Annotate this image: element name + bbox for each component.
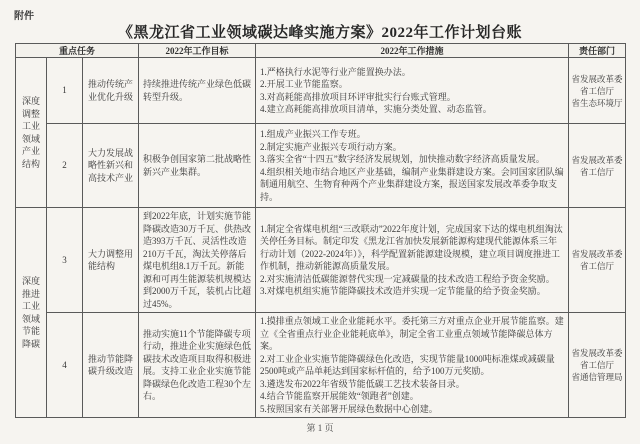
table-row: 4 推动节能降碳升级改造 推动实施11个节能降碳专项行动，推进企业实施绿色低碳技… (16, 313, 626, 418)
task-group-label: 深度推进工业领域节能降碳 (16, 208, 47, 418)
measures-cell: 1.摸排重点领域工业企业能耗水平。委托第三方对重点企业开展节能监察。建立《全省重… (256, 313, 569, 418)
header-key-tasks: 重点任务 (16, 44, 139, 58)
measure-item: 2.开展工业节能监察。 (260, 78, 564, 91)
measure-item: 2.对实施清洁低碳能源替代实现一定减碳量的技术改造工程给予资金奖励。 (260, 273, 564, 286)
department-item: 省工信厅 (570, 166, 624, 178)
measure-item: 1.摸排重点领域工业企业能耗水平。委托第三方对重点企业开展节能监察。建立《全省重… (260, 315, 564, 353)
work-plan-table: 重点任务 2022年工作目标 2022年工作措施 责任部门 深度调整工业领域产业… (15, 43, 626, 418)
measure-item: 2.制定实施产业振兴专项行动方案。 (260, 141, 564, 154)
table-row: 深度推进工业领域节能降碳 3 大力调整用能结构 到2022年底，计划实施节能降碳… (16, 208, 626, 313)
attachment-label: 附件 (14, 7, 34, 22)
header-measures: 2022年工作措施 (256, 44, 569, 58)
goal-cell: 推动实施11个节能降碳专项行动，推进企业实施绿色低碳技术改造项目取得积极进展。支… (139, 313, 256, 418)
department-item: 省发展改革委 (570, 248, 624, 260)
table-row: 2 大力发展战略性新兴和高技术产业 积极争创国家第二批战略性新兴产业集群。 1.… (16, 124, 626, 208)
department-item: 省发展改革委 (570, 347, 624, 359)
measures-cell: 1.制定全省煤电机组“三改联动”2022年度计划，完成国家下达的煤电机组淘汰关停… (256, 208, 569, 313)
goal-cell: 到2022年底，计划实施节能降碳改造30万千瓦、供热改造393万千瓦、灵活性改造… (139, 208, 256, 313)
department-item: 省工信厅 (570, 85, 624, 97)
row-number: 3 (47, 208, 83, 313)
department-item: 省发展改革委 (570, 154, 624, 166)
row-number: 1 (47, 58, 83, 124)
department-item: 省工信厅 (570, 359, 624, 371)
row-number: 2 (47, 124, 83, 208)
measure-item: 1.严格执行水泥等行业产能置换办法。 (260, 66, 564, 79)
document-page: 附件 《黑龙江省工业领域碳达峰实施方案》2022年工作计划台账 重点任务 202… (0, 0, 640, 444)
table-row: 深度调整工业领域产业结构 1 推动传统产业优化升级 持续推进传统产业绿色低碳转型… (16, 58, 626, 124)
page-number: 第 1 页 (0, 421, 640, 434)
task-name: 推动传统产业优化升级 (83, 58, 139, 124)
measure-item: 4.结合节能监察开展能效“领跑者”创建。 (260, 390, 564, 403)
measure-item: 4.组织相关地市结合地区产业基础，编制产业集群建设方案。会同国家团队编制通用航空… (260, 166, 564, 204)
table-header-row: 重点任务 2022年工作目标 2022年工作措施 责任部门 (16, 44, 626, 58)
measure-item: 3.落实全省“十四五”数字经济发展规划，加快推动数字经济高质量发展。 (260, 153, 564, 166)
measure-item: 1.组成产业振兴工作专班。 (260, 128, 564, 141)
header-department: 责任部门 (569, 44, 626, 58)
task-name: 大力调整用能结构 (83, 208, 139, 313)
row-number: 4 (47, 313, 83, 418)
measure-item: 4.建立高耗能高排放项目清单，实施分类处置、动态监管。 (260, 103, 564, 116)
department-item: 省工信厅 (570, 260, 624, 272)
department-cell: 省发展改革委 省工信厅 (569, 124, 626, 208)
measures-cell: 1.组成产业振兴工作专班。 2.制定实施产业振兴专项行动方案。 3.落实全省“十… (256, 124, 569, 208)
header-goals: 2022年工作目标 (139, 44, 256, 58)
measure-item: 2.对工业企业实施节能降碳绿色化改造，实现节能量1000吨标准煤或减碳量2500… (260, 353, 564, 378)
department-cell: 省发展改革委 省工信厅 省通信管理局 (569, 313, 626, 418)
task-name: 推动节能降碳升级改造 (83, 313, 139, 418)
department-item: 省生态环境厅 (570, 97, 624, 109)
measure-item: 1.制定全省煤电机组“三改联动”2022年度计划，完成国家下达的煤电机组淘汰关停… (260, 223, 564, 273)
measure-item: 3.对煤电机组实施节能降碳技术改造并实现一定节能量的给予资金奖励。 (260, 285, 564, 298)
department-cell: 省发展改革委 省工信厅 省生态环境厅 (569, 58, 626, 124)
department-item: 省发展改革委 (570, 73, 624, 85)
department-item: 省通信管理局 (570, 371, 624, 383)
goal-cell: 积极争创国家第二批战略性新兴产业集群。 (139, 124, 256, 208)
task-group-label: 深度调整工业领域产业结构 (16, 58, 47, 208)
goal-cell: 持续推进传统产业绿色低碳转型升级。 (139, 58, 256, 124)
document-title: 《黑龙江省工业领域碳达峰实施方案》2022年工作计划台账 (0, 21, 640, 42)
department-cell: 省发展改革委 省工信厅 (569, 208, 626, 313)
measure-item: 5.按照国家有关部署开展绿色数据中心创建。 (260, 403, 564, 416)
measure-item: 3.遴选发布2022年省级节能低碳工艺技术装备目录。 (260, 378, 564, 391)
task-name: 大力发展战略性新兴和高技术产业 (83, 124, 139, 208)
measure-item: 3.对高耗能高排放项目环评审批实行台账式管理。 (260, 91, 564, 104)
measures-cell: 1.严格执行水泥等行业产能置换办法。 2.开展工业节能监察。 3.对高耗能高排放… (256, 58, 569, 124)
